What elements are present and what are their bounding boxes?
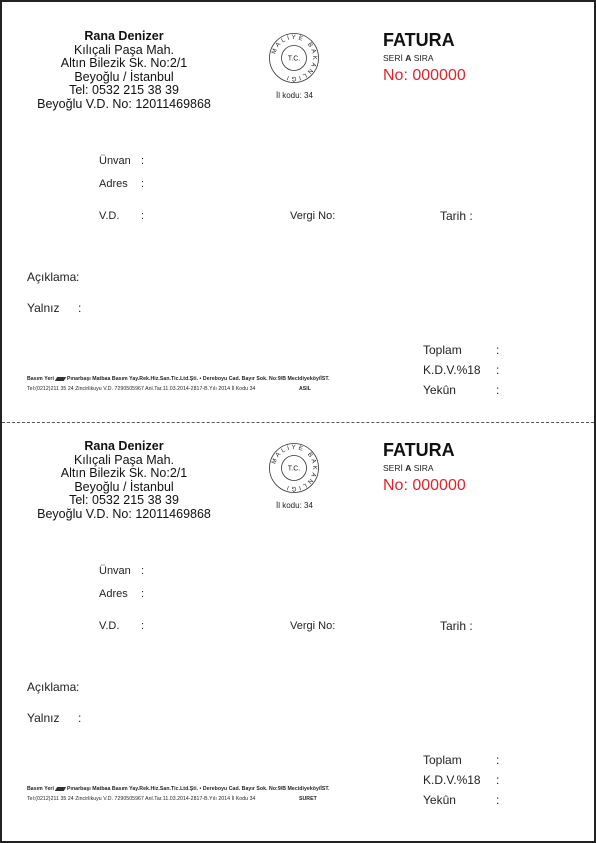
invoice-number: No: 000000: [383, 67, 466, 85]
unvan-label: Ünvan: [99, 565, 131, 577]
kdv-colon: :: [496, 773, 499, 787]
series-letter: A: [405, 463, 411, 473]
company-name: Rana Denizer: [24, 440, 224, 454]
vd-colon: :: [141, 210, 144, 222]
kdv-label: K.D.V.%18: [423, 773, 481, 787]
yalniz-label: Yalnız: [27, 711, 59, 725]
copy-type-label: SURET: [299, 796, 317, 802]
toplam-colon: :: [496, 343, 499, 357]
company-block: Rana Denizer Kılıçali Paşa Mah. Altın Bi…: [24, 440, 224, 522]
aciklama-colon: :: [76, 270, 79, 284]
company-address-line: Beyoğlu / İstanbul: [24, 481, 224, 495]
series-suffix: SIRA: [414, 53, 434, 63]
yekun-label: Yekûn: [423, 383, 456, 397]
yalniz-colon: :: [78, 301, 81, 315]
company-address-line: Kılıçali Paşa Mah.: [24, 44, 224, 58]
unvan-label: Ünvan: [99, 155, 131, 167]
aciklama-label: Açıklama: [27, 270, 76, 284]
invoice-number: No: 000000: [383, 477, 466, 495]
adres-label: Adres: [99, 588, 128, 600]
yekun-colon: :: [496, 793, 499, 807]
svg-text:T.C.: T.C.: [288, 56, 301, 63]
vergi-no-label: Vergi No:: [290, 620, 335, 632]
toplam-colon: :: [496, 753, 499, 767]
printer-info-line-1: Basım YeriPınarbaşı Matbaa Basım Yay.Rek…: [27, 376, 330, 382]
printer-label: Basım Yeri: [27, 376, 54, 382]
company-address-line: Kılıçali Paşa Mah.: [24, 454, 224, 468]
printer-info-line-2: Tel:(0212)211 35 24 Zincirlikuyu V.D. 72…: [27, 796, 255, 802]
tarih-label: Tarih :: [440, 619, 473, 633]
printer-name-address: Pınarbaşı Matbaa Basım Yay.Rek.Hiz.San.T…: [67, 786, 330, 792]
toplam-label: Toplam: [423, 343, 462, 357]
yalniz-label: Yalnız: [27, 301, 59, 315]
yalniz-colon: :: [78, 711, 81, 725]
aciklama-colon: :: [76, 680, 79, 694]
il-kodu-label: İl kodu: 34: [276, 501, 313, 510]
series-prefix: SERİ: [383, 463, 403, 473]
invoice-title: FATURA: [383, 30, 455, 51]
company-address-line: Beyoğlu / İstanbul: [24, 71, 224, 85]
printer-name-address: Pınarbaşı Matbaa Basım Yay.Rek.Hiz.San.T…: [67, 376, 330, 382]
printer-info-line-1: Basım YeriPınarbaşı Matbaa Basım Yay.Rek…: [27, 786, 330, 792]
company-address-line: Altın Bilezik Sk. No:2/1: [24, 57, 224, 71]
aciklama-label: Açıklama: [27, 680, 76, 694]
company-tax-number: Beyoğlu V.D. No: 12011469868: [24, 508, 224, 522]
adres-colon: :: [141, 588, 144, 600]
company-block: Rana Denizer Kılıçali Paşa Mah. Altın Bi…: [24, 30, 224, 112]
il-kodu-label: İl kodu: 34: [276, 91, 313, 100]
kdv-colon: :: [496, 363, 499, 377]
vd-label: V.D.: [99, 620, 119, 632]
company-phone: Tel: 0532 215 38 39: [24, 494, 224, 508]
company-address-line: Altın Bilezik Sk. No:2/1: [24, 467, 224, 481]
unvan-colon: :: [141, 155, 144, 167]
adres-label: Adres: [99, 178, 128, 190]
printer-label: Basım Yeri: [27, 786, 54, 792]
company-name: Rana Denizer: [24, 30, 224, 44]
toplam-label: Toplam: [423, 753, 462, 767]
unvan-colon: :: [141, 565, 144, 577]
invoice-series: SERİ A SIRA: [383, 463, 434, 473]
yekun-label: Yekûn: [423, 793, 456, 807]
invoice-copy-original: Rana Denizer Kılıçali Paşa Mah. Altın Bi…: [0, 0, 596, 410]
printer-logo-icon: [55, 377, 66, 381]
invoice-title: FATURA: [383, 440, 455, 461]
company-phone: Tel: 0532 215 38 39: [24, 84, 224, 98]
invoice-copy-duplicate: Rana Denizer Kılıçali Paşa Mah. Altın Bi…: [0, 410, 596, 820]
svg-text:T.C.: T.C.: [288, 466, 301, 473]
vergi-no-label: Vergi No:: [290, 210, 335, 222]
invoice-series: SERİ A SIRA: [383, 53, 434, 63]
tarih-label: Tarih :: [440, 209, 473, 223]
maliye-seal-icon: MALİYE BAKANLIĞI T.C.: [268, 32, 320, 84]
printer-tax-info: Tel:(0212)211 35 24 Zincirlikuyu V.D. 72…: [27, 386, 255, 392]
printer-info-line-2: Tel:(0212)211 35 24 Zincirlikuyu V.D. 72…: [27, 386, 255, 392]
kdv-label: K.D.V.%18: [423, 363, 481, 377]
series-prefix: SERİ: [383, 53, 403, 63]
copy-type-label: ASIL: [299, 386, 311, 392]
vd-label: V.D.: [99, 210, 119, 222]
printer-tax-info: Tel:(0212)211 35 24 Zincirlikuyu V.D. 72…: [27, 796, 255, 802]
maliye-seal-icon: MALİYE BAKANLIĞI T.C.: [268, 442, 320, 494]
company-tax-number: Beyoğlu V.D. No: 12011469868: [24, 98, 224, 112]
adres-colon: :: [141, 178, 144, 190]
printer-logo-icon: [55, 787, 66, 791]
series-letter: A: [405, 53, 411, 63]
yekun-colon: :: [496, 383, 499, 397]
vd-colon: :: [141, 620, 144, 632]
series-suffix: SIRA: [414, 463, 434, 473]
